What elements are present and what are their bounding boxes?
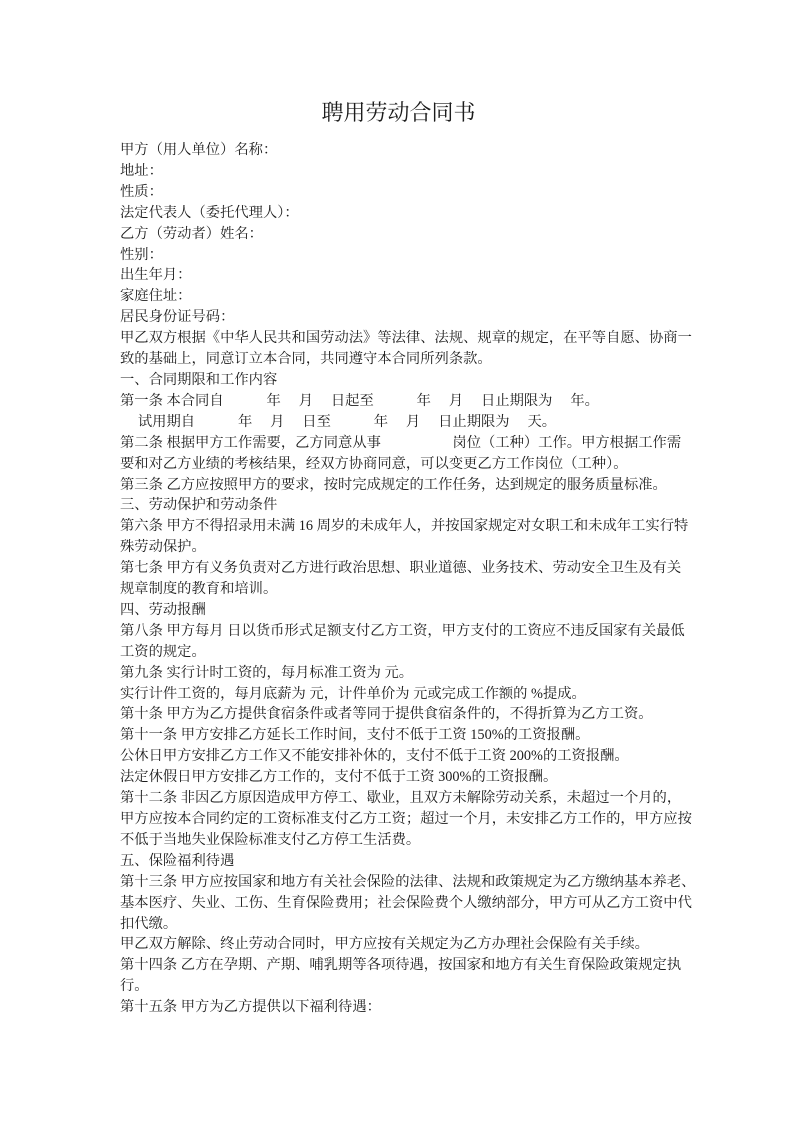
document-line: 试用期自 年 月 日至 年 月 日止期限为 天。 — [120, 412, 677, 433]
document-line: 公休日甲方安排乙方工作又不能安排补休的，支付不低于工资 200%的工资报酬。 — [120, 746, 677, 767]
document-line: 地址： — [120, 161, 677, 182]
document-line: 扣代缴。 — [120, 914, 677, 935]
document-line: 家庭住址： — [120, 286, 677, 307]
document-line: 第六条 甲方不得招录用未满 16 周岁的未成年人，并按国家规定对女职工和未成年工… — [120, 516, 677, 537]
document-title: 聘用劳动合同书 — [120, 98, 677, 128]
document-line: 性别： — [120, 245, 677, 266]
document-line: 第一条 本合同自 年 月 日起至 年 月 日止期限为 年。 — [120, 391, 677, 412]
contract-document-page: 聘用劳动合同书 甲方（用人单位）名称：地址：性质：法定代表人（委托代理人）：乙方… — [0, 0, 793, 1122]
document-line: 甲乙双方解除、终止劳动合同时，甲方应按有关规定为乙方办理社会保险有关手续。 — [120, 934, 677, 955]
document-line: 第十五条 甲方为乙方提供以下福利待遇： — [120, 997, 677, 1018]
document-line: 第十四条 乙方在孕期、产期、哺乳期等各项待遇，按国家和地方有关生育保险政策规定执 — [120, 955, 677, 976]
document-line: 第三条 乙方应按照甲方的要求，按时完成规定的工作任务，达到规定的服务质量标准。 — [120, 475, 677, 496]
document-line: 性质： — [120, 182, 677, 203]
document-line: 第十二条 非因乙方原因造成甲方停工、歇业，且双方未解除劳动关系，未超过一个月的， — [120, 788, 677, 809]
document-body: 甲方（用人单位）名称：地址：性质：法定代表人（委托代理人）：乙方（劳动者）姓名：… — [120, 140, 677, 1018]
document-line: 第十一条 甲方安排乙方延长工作时间，支付不低于工资 150%的工资报酬。 — [120, 725, 677, 746]
document-line: 不低于当地失业保险标准支付乙方停工生活费。 — [120, 830, 677, 851]
document-line: 致的基础上，同意订立本合同，共同遵守本合同所列条款。 — [120, 349, 677, 370]
document-line: 四、劳动报酬 — [120, 600, 677, 621]
document-line: 实行计件工资的，每月底薪为 元，计件单价为 元或完成工作额的 %提成。 — [120, 684, 677, 705]
document-line: 规章制度的教育和培训。 — [120, 579, 677, 600]
document-line: 殊劳动保护。 — [120, 537, 677, 558]
document-line: 三、劳动保护和劳动条件 — [120, 495, 677, 516]
document-line: 第八条 甲方每月 日以货币形式足额支付乙方工资，甲方支付的工资应不违反国家有关最… — [120, 621, 677, 642]
document-line: 第七条 甲方有义务负责对乙方进行政治思想、职业道德、业务技术、劳动安全卫生及有关 — [120, 558, 677, 579]
document-line: 法定代表人（委托代理人）： — [120, 203, 677, 224]
document-line: 一、合同期限和工作内容 — [120, 370, 677, 391]
document-line: 第十条 甲方为乙方提供食宿条件或者等同于提供食宿条件的，不得折算为乙方工资。 — [120, 704, 677, 725]
document-line: 基本医疗、失业、工伤、生育保险费用；社会保险费个人缴纳部分，甲方可从乙方工资中代 — [120, 893, 677, 914]
document-line: 行。 — [120, 976, 677, 997]
document-line: 第九条 实行计时工资的，每月标准工资为 元。 — [120, 663, 677, 684]
document-line: 法定休假日甲方安排乙方工作的，支付不低于工资 300%的工资报酬。 — [120, 767, 677, 788]
document-line: 居民身份证号码： — [120, 307, 677, 328]
document-line: 要和对乙方业绩的考核结果，经双方协商同意，可以变更乙方工作岗位（工种）。 — [120, 454, 677, 475]
document-line: 甲乙双方根据《中华人民共和国劳动法》等法律、法规、规章的规定，在平等自愿、协商一 — [120, 328, 677, 349]
document-line: 甲方（用人单位）名称： — [120, 140, 677, 161]
document-line: 五、保险福利待遇 — [120, 851, 677, 872]
document-line: 第十三条 甲方应按国家和地方有关社会保险的法律、法规和政策规定为乙方缴纳基本养老… — [120, 872, 677, 893]
document-line: 甲方应按本合同约定的工资标准支付乙方工资；超过一个月，未安排乙方工作的，甲方应按 — [120, 809, 677, 830]
document-line: 出生年月： — [120, 265, 677, 286]
document-line: 乙方（劳动者）姓名： — [120, 224, 677, 245]
document-line: 工资的规定。 — [120, 642, 677, 663]
document-line: 第二条 根据甲方工作需要，乙方同意从事 岗位（工种）工作。甲方根据工作需 — [120, 433, 677, 454]
